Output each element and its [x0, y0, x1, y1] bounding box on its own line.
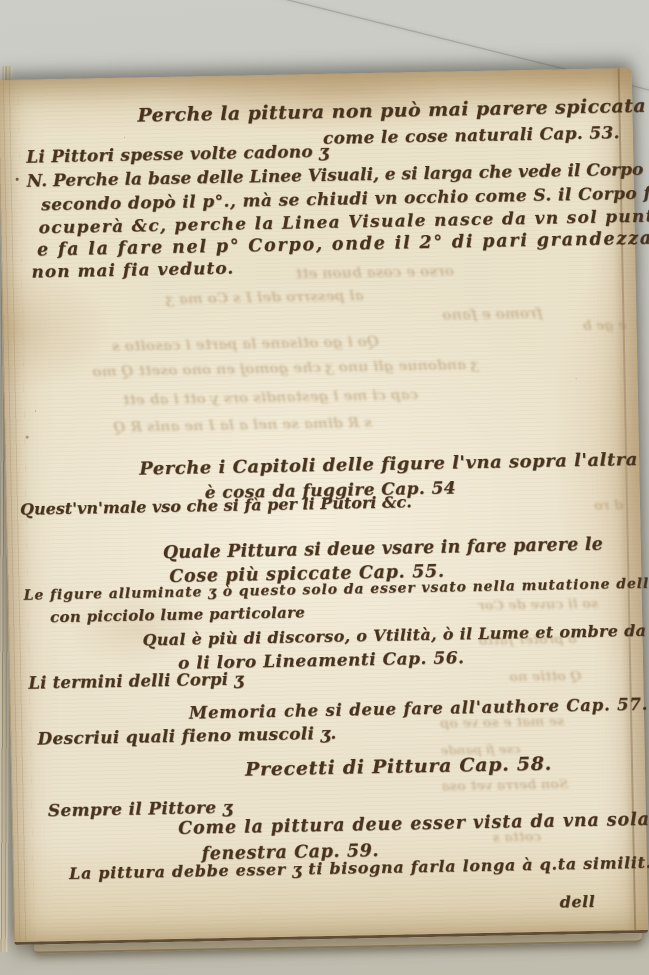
manuscript-line: non mai fia veduto. [31, 259, 234, 283]
catchword: dell [559, 892, 595, 912]
manuscript-line: Descriui quali fieno muscoli ʒ. [37, 724, 337, 750]
manuscript-line: Perche la pittura non può mai parere spi… [137, 93, 649, 126]
manuscript-line: Memoria che si deue fare all'authore Cap… [189, 695, 649, 723]
manuscript-page: orso e cosa buon ettal pessrro del I s C… [0, 68, 648, 945]
handwriting-layer: Perche la pittura non può mai parere spi… [0, 68, 648, 942]
manuscript-line: con picciolo lume particolare [50, 603, 305, 626]
manuscript-line: Li termini delli Corpi ʒ [28, 670, 244, 693]
manuscript-line: Come la pittura deue esser vista da vna … [178, 810, 649, 839]
manuscript-line: Li Pittori spesse volte cadono ʒ [26, 142, 329, 168]
manuscript-line: Precetti di Pittura Cap. 58. [245, 753, 552, 781]
manuscript-line: come le cose naturali Cap. 53. [323, 123, 620, 149]
manuscript-line: Quale Pittura si deue vsare in fare pare… [163, 535, 603, 563]
manuscript-photo: orso e cosa buon ettal pessrro del I s C… [0, 0, 649, 975]
manuscript-line: Quest'vn'male vso che si fà per li Putor… [20, 492, 412, 519]
manuscript-line: Qual è più di discorso, o Vtilità, ò il … [142, 620, 649, 650]
manuscript-line: Perche i Capitoli delle figure l'vna sop… [139, 449, 638, 480]
